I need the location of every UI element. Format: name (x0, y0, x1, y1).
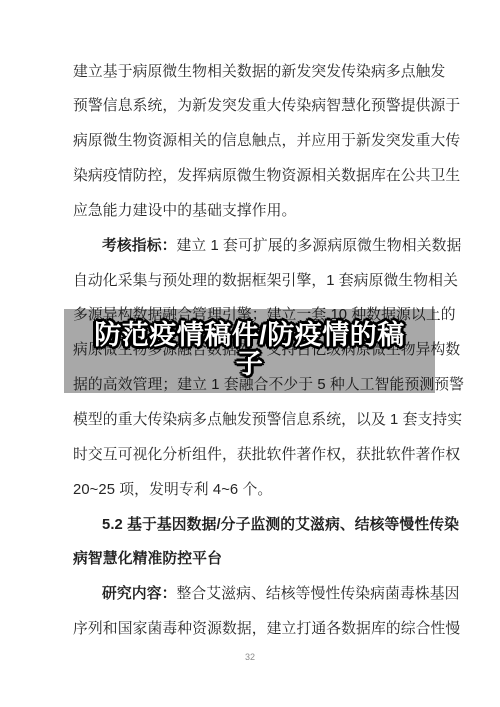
watermark-title-line1: 防范疫情稿件/防疫情的稿 (64, 321, 435, 350)
line-text: 应急能力建设中的基础支撑作用。 (73, 203, 296, 219)
document-line: 考核指标：建立 1 套可扩展的多源病原微生物相关数据 (102, 236, 474, 256)
line-text: 染病疫情防控，发挥病原微生物资源相关数据库在公共卫生 (73, 168, 460, 184)
line-text: 自动化采集与预处理的数据框架引擎，1 套病原微生物相关 (73, 273, 458, 289)
line-text-bold: 考核指标： (102, 238, 177, 254)
line-text: 预警信息系统，为新发突发重大传染病智慧化预警提供源于 (73, 98, 460, 114)
document-line: 20~25 项，发明专利 4~6 个。 (73, 480, 445, 500)
line-text: 时交互可视化分析组件，获批软件著作权，获批软件著作权 (73, 447, 460, 463)
document-page: 建立基于病原微生物相关数据的新发突发传染病多点触发预警信息系统，为新发突发重大传… (0, 0, 500, 707)
page-number: 32 (0, 652, 500, 662)
document-line: 预警信息系统，为新发突发重大传染病智慧化预警提供源于 (73, 96, 445, 116)
document-line: 病智慧化精准防控平台 (73, 549, 445, 569)
document-line: 应急能力建设中的基础支撑作用。 (73, 201, 445, 221)
document-line: 时交互可视化分析组件，获批软件著作权，获批软件著作权 (73, 445, 445, 465)
line-text: 建立 1 套可扩展的多源病原微生物相关数据 (177, 238, 462, 254)
document-line: 自动化采集与预处理的数据框架引擎，1 套病原微生物相关 (73, 271, 445, 291)
line-text: 模型的重大传染病多点触发预警信息系统，以及 1 套支持实 (73, 412, 462, 428)
document-line: 研究内容：整合艾滋病、结核等慢性传染病菌毒株基因 (102, 584, 474, 604)
line-text: 20~25 项，发明专利 4~6 个。 (73, 482, 272, 498)
document-line: 染病疫情防控，发挥病原微生物资源相关数据库在公共卫生 (73, 166, 445, 186)
watermark-title-line2: 子 (64, 350, 435, 379)
document-line: 建立基于病原微生物相关数据的新发突发传染病多点触发 (73, 62, 445, 82)
line-text: 病原微生物资源相关的信息触点，并应用于新发突发重大传 (73, 133, 460, 149)
document-line: 模型的重大传染病多点触发预警信息系统，以及 1 套支持实 (73, 410, 445, 430)
line-text-bold: 病智慧化精准防控平台 (73, 551, 222, 567)
line-text-bold: 研究内容： (102, 586, 177, 602)
line-text: 整合艾滋病、结核等慢性传染病菌毒株基因 (177, 586, 460, 602)
document-line: 5.2 基于基因数据/分子监测的艾滋病、结核等慢性传染 (102, 515, 474, 535)
document-line: 病原微生物资源相关的信息触点，并应用于新发突发重大传 (73, 131, 445, 151)
watermark-title: 防范疫情稿件/防疫情的稿 子 (64, 321, 435, 379)
line-text: 序列和国家菌毒种资源数据，建立打通各数据库的综合性慢 (73, 621, 460, 637)
line-text-bold: 5.2 基于基因数据/分子监测的艾滋病、结核等慢性传染 (102, 517, 459, 533)
document-line: 序列和国家菌毒种资源数据，建立打通各数据库的综合性慢 (73, 619, 445, 639)
line-text: 建立基于病原微生物相关数据的新发突发传染病多点触发 (73, 64, 445, 80)
